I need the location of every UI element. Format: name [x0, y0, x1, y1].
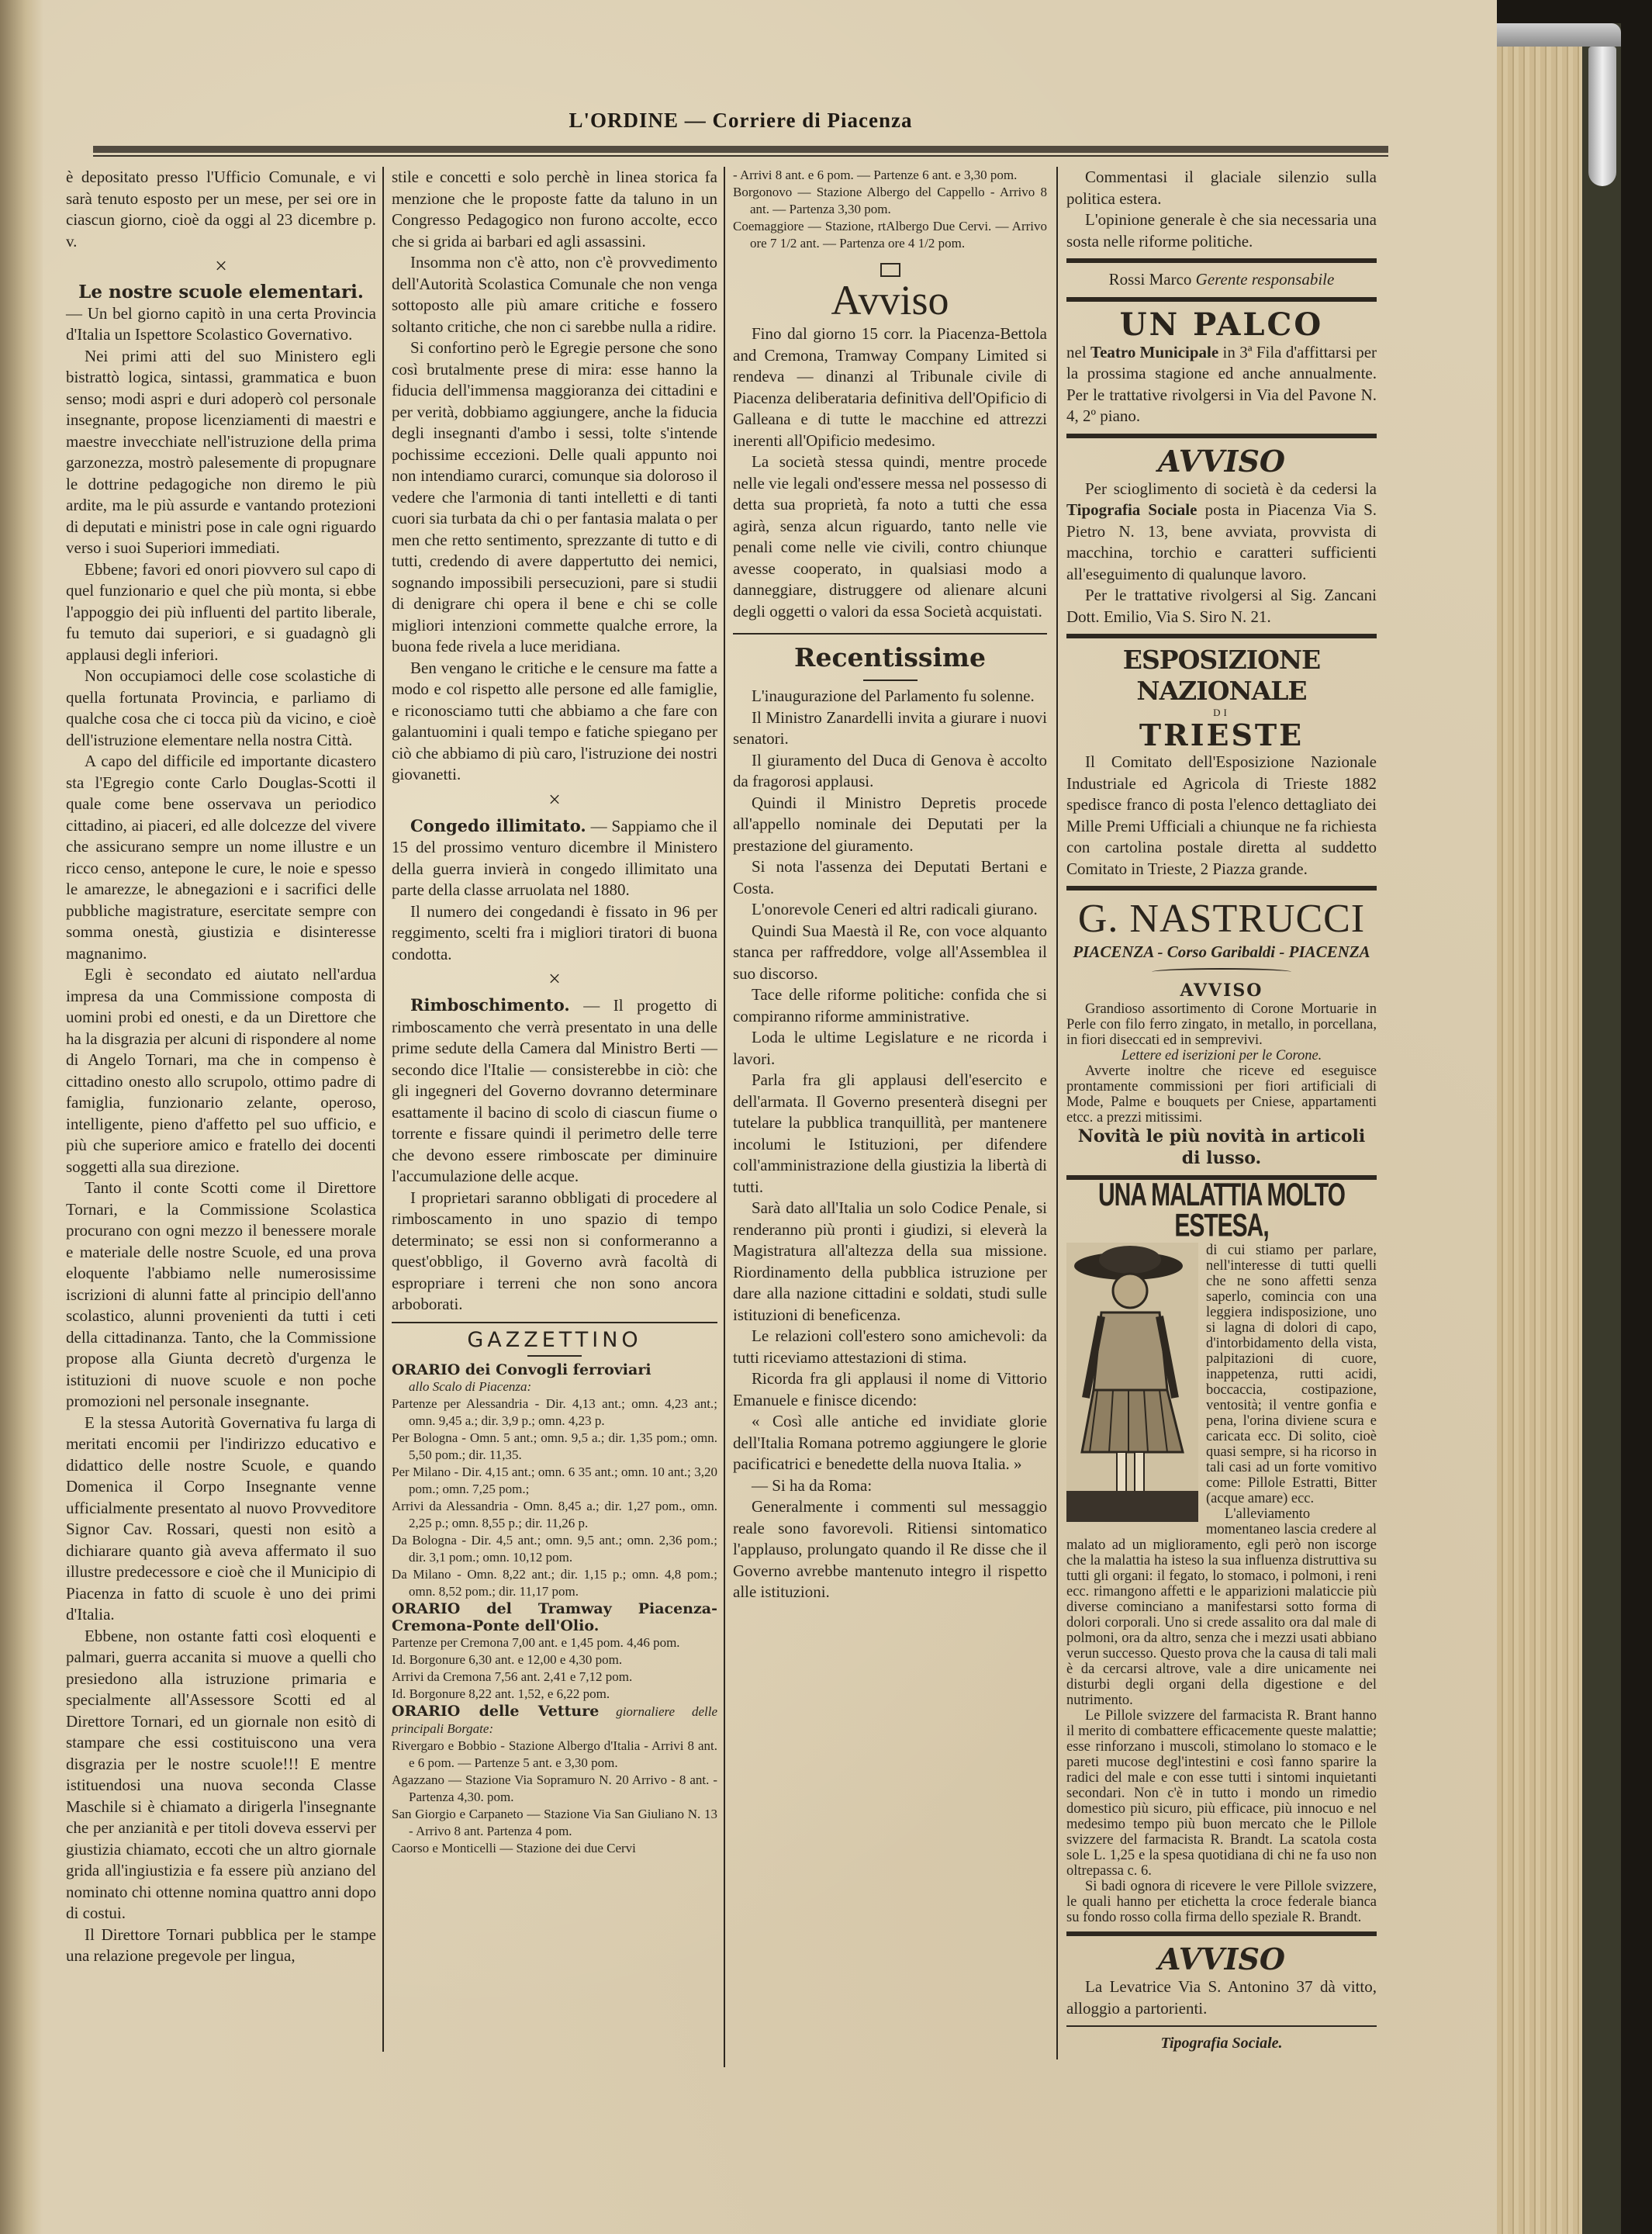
timetable-row: Coemaggiore — Stazione, rtAlbergo Due Ce… [733, 218, 1047, 252]
book-page-edges [1497, 31, 1582, 2234]
child-engraving-icon [1066, 1243, 1198, 1522]
train-timetable-title: ORARIO dei Convogli ferroviari [392, 1361, 717, 1378]
paragraph: Non occupiamoci delle cose scolastiche d… [66, 666, 376, 751]
column-divider [1056, 167, 1058, 2059]
timetable-row: Borgonovo — Stazione Albergo del Cappell… [733, 184, 1047, 218]
section-rule [1066, 886, 1377, 890]
printer-imprint: Tipografia Sociale. [1066, 2033, 1377, 2055]
paragraph: Tanto il conte Scotti come il Direttore … [66, 1178, 376, 1413]
paragraph: La società stessa quindi, mentre procede… [733, 451, 1047, 622]
column-1: è depositato presso l'Ufficio Comunale, … [66, 167, 376, 1967]
paragraph: Il Direttore Tornari pubblica per le sta… [66, 1924, 376, 1967]
paragraph: Il giuramento del Duca di Genova è accol… [733, 750, 1047, 793]
paragraph: Il Comitato dell'Esposizione Nazionale I… [1066, 752, 1377, 880]
gerente-line: Rossi Marco Gerente responsabile [1066, 269, 1377, 291]
timetable-row: San Giorgio e Carpaneto — Stazione Via S… [392, 1806, 717, 1840]
paragraph: Si confortino però le Egregie persone ch… [392, 337, 717, 658]
section-rule [733, 633, 1047, 635]
paragraph: Si badi ognora di ricevere le vere Pillo… [1066, 1879, 1377, 1925]
timetable-row: Arrivi da Cremona 7,56 ant. 2,41 e 7,12 … [392, 1669, 717, 1686]
paragraph: Il numero dei congedandi è fissato in 96… [392, 901, 717, 966]
avviso-title: Avviso [733, 277, 1047, 323]
metal-clip [1588, 47, 1616, 186]
timetable-row: Caorso e Monticelli — Stazione dei due C… [392, 1840, 717, 1857]
avviso-tipografia-text: Per scioglimento di società è da cedersi… [1066, 479, 1377, 586]
timetable-row: Partenze per Alessandria - Dir. 4,13 ant… [392, 1395, 717, 1430]
section-rule [1066, 2025, 1377, 2027]
recentissime-title: Recentissime [733, 641, 1047, 675]
paragraph: Per le trattative rivolgersi al Sig. Zan… [1066, 585, 1377, 628]
paragraph: Tace delle riforme politiche: confida ch… [733, 984, 1047, 1027]
timetable-row: Agazzano — Stazione Via Sopramuro N. 20 … [392, 1772, 717, 1806]
section-rule [1066, 434, 1377, 438]
column-divider [724, 167, 725, 2067]
separator-cross: × [392, 787, 717, 814]
avviso-tipografia-title: AVVISO [1066, 444, 1377, 479]
metal-corner [1497, 23, 1621, 47]
paragraph: Nei primi atti del suo Ministero egli bi… [66, 346, 376, 559]
nastrucci-avviso: AVVISO [1066, 980, 1377, 1002]
quote: « Così alle antiche ed invidiate glorie … [733, 1411, 1047, 1475]
paragraph: Sarà dato all'Italia un solo Codice Pena… [733, 1198, 1047, 1326]
section-rule [392, 1322, 717, 1323]
paragraph: La Levatrice Via S. Antonino 37 dà vitto… [1066, 1976, 1377, 2019]
paragraph: Ricorda fra gli applausi il nome di Vitt… [733, 1368, 1047, 1411]
section-rule [1066, 258, 1377, 263]
paragraph: Le relazioni coll'estero sono amichevoli… [733, 1326, 1047, 1368]
article-headline: Rimboschimento. [410, 995, 570, 1015]
timetable-row: Arrivi da Alessandria - Omn. 8,45 a.; di… [392, 1498, 717, 1532]
column-3: - Arrivi 8 ant. e 6 pom. — Partenze 6 an… [733, 167, 1047, 1603]
nastrucci-novita: Novità le più novità in articoli di luss… [1066, 1126, 1377, 1169]
palco-ad-title: UN PALCO [1066, 308, 1377, 342]
paragraph: Loda le ultime Legislature e ne ricorda … [733, 1027, 1047, 1070]
paragraph: I proprietari saranno obbligati di proce… [392, 1188, 717, 1316]
paragraph: L'inaugurazione del Parlamento fu solenn… [733, 686, 1047, 707]
coach-timetable-title: ORARIO delle Vetture [392, 1703, 599, 1720]
paragraph: Fino dal giorno 15 corr. la Piacenza-Bet… [733, 323, 1047, 451]
paragraph: Commentasi il glaciale silenzio sulla po… [1066, 167, 1377, 209]
timetable-row: - Arrivi 8 ant. e 6 pom. — Partenze 6 an… [733, 167, 1047, 184]
paragraph: Ebbene, non ostante fatti così eloquenti… [66, 1626, 376, 1924]
article-text: — Il progetto di rimboscamento che verrà… [392, 996, 717, 1185]
paragraph: L'onorevole Ceneri ed altri radicali giu… [733, 899, 1047, 921]
nastrucci-address: PIACENZA - Corso Garibaldi - PIACENZA [1066, 942, 1377, 963]
paragraph: Il Ministro Zanardelli invita a giurare … [733, 707, 1047, 750]
article-headline: Congedo illimitato. [410, 816, 586, 835]
article-fragment: è depositato presso l'Ufficio Comunale, … [66, 167, 376, 252]
paragraph: — Un bel giorno capitò in una certa Prov… [66, 303, 376, 346]
separator-cross: × [392, 967, 717, 993]
masthead-rule-thin [93, 155, 1388, 157]
section-rule [1066, 297, 1377, 302]
timetable-row: Id. Borgonure 6,30 ant. e 12,00 e 4,30 p… [392, 1651, 717, 1669]
nastrucci-name: G. NASTRUCCI [1066, 897, 1377, 942]
timetable-row: Partenze per Cremona 7,00 ant. e 1,45 po… [392, 1634, 717, 1651]
paragraph: — Si ha da Roma: [733, 1475, 1047, 1497]
paragraph: L'opinione generale è che sia necessaria… [1066, 209, 1377, 252]
page-masthead: L'ORDINE — Corriere di Piacenza [93, 109, 1388, 133]
paragraph: Parla fra gli applausi dell'esercito e d… [733, 1070, 1047, 1198]
paragraph: Egli è secondato ed aiutato nell'ardua i… [66, 964, 376, 1178]
paragraph: Avverte inoltre che riceve ed eseguisce … [1066, 1063, 1377, 1126]
paragraph: Quindi il Ministro Depretis procede all'… [733, 793, 1047, 857]
binding-gutter [0, 0, 43, 2234]
paragraph: Si nota l'assenza dei Deputati Bertani e… [733, 856, 1047, 899]
paragraph: Generalmente i commenti sul messaggio re… [733, 1496, 1047, 1603]
paragraph: Ben vengano le critiche e le censure ma … [392, 658, 717, 786]
paragraph: E la stessa Autorità Governativa fu larg… [66, 1413, 376, 1626]
timetable-row: Per Bologna - Omn. 5 ant.; omn. 9,5 a.; … [392, 1430, 717, 1464]
masthead-rule [93, 146, 1388, 153]
section-rule [1066, 1931, 1377, 1936]
gerente-role: Gerente responsabile [1196, 270, 1335, 289]
article-headline: Le nostre scuole elementari. [66, 282, 376, 303]
esposizione-city: TRIESTE [1066, 719, 1377, 752]
tram-timetable-title: ORARIO del Tramway Piacenza-Cremona-Pont… [392, 1600, 717, 1634]
paragraph: stile e concetti e solo perchè in linea … [392, 167, 717, 252]
gazzettino-title: GAZZETTINO [392, 1330, 717, 1351]
timetable-row: Id. Borgonure 8,22 ant. 1,52, e 6,22 pom… [392, 1686, 717, 1703]
newspaper-page: L'ORDINE — Corriere di Piacenza è deposi… [0, 0, 1497, 2234]
separator-cross: × [66, 254, 376, 280]
column-2: stile e concetti e solo perchè in linea … [392, 167, 717, 1857]
avviso-levatrice-title: AVVISO [1066, 1942, 1377, 1976]
short-rule [863, 680, 918, 681]
timetable-row: Da Bologna - Dir. 4,5 ant.; omn. 9,5 ant… [392, 1532, 717, 1566]
rimboschimento-article: Rimboschimento. — Il progetto di rimbosc… [392, 994, 717, 1188]
timetable-row: Rivergaro e Bobbio - Stazione Albergo d'… [392, 1738, 717, 1772]
malattia-ad: di cui stiamo per parlare, nell'interess… [1066, 1243, 1377, 1708]
palco-ad-text: nel Teatro Municipale in 3ª Fila d'affit… [1066, 342, 1377, 427]
congedo-article: Congedo illimitato. — Sappiamo che il 15… [392, 815, 717, 901]
book-cover [1582, 23, 1621, 2234]
paragraph: L'alleviamento momentaneo lascia credere… [1066, 1506, 1377, 1708]
short-rule [527, 1355, 582, 1357]
swash-ornament [1152, 968, 1291, 976]
paragraph: Insomma non c'è atto, non c'è provvedime… [392, 252, 717, 337]
timetable-row: Per Milano - Dir. 4,15 ant.; omn. 6 35 a… [392, 1464, 717, 1498]
ornament-box-icon [880, 263, 900, 277]
gerente-name: Rossi Marco [1109, 270, 1192, 289]
section-rule [1066, 634, 1377, 638]
paragraph: Lettere ed iserizioni per le Corone. [1066, 1048, 1377, 1063]
column-divider [382, 167, 384, 2052]
paragraph: Ebbene; favori ed onori piovvero sul cap… [66, 559, 376, 666]
train-timetable-subtitle: allo Scalo di Piacenza: [392, 1378, 717, 1395]
timetable-row: Da Milano - Omn. 8,22 ant.; dir. 1,15 p.… [392, 1566, 717, 1600]
paragraph: A capo del difficile ed importante dicas… [66, 751, 376, 964]
paragraph: Quindi Sua Maestà il Re, con voce alquan… [733, 921, 1047, 985]
column-4: Commentasi il glaciale silenzio sulla po… [1066, 167, 1377, 2055]
paragraph: Le Pillole svizzere del farmacista R. Br… [1066, 1708, 1377, 1879]
malattia-title: UNA MALATTIA MOLTO ESTESA, [1066, 1181, 1377, 1240]
esposizione-title: ESPOSIZIONE NAZIONALE [1066, 645, 1377, 707]
paragraph: Grandioso assortimento di Corone Mortuar… [1066, 1001, 1377, 1048]
